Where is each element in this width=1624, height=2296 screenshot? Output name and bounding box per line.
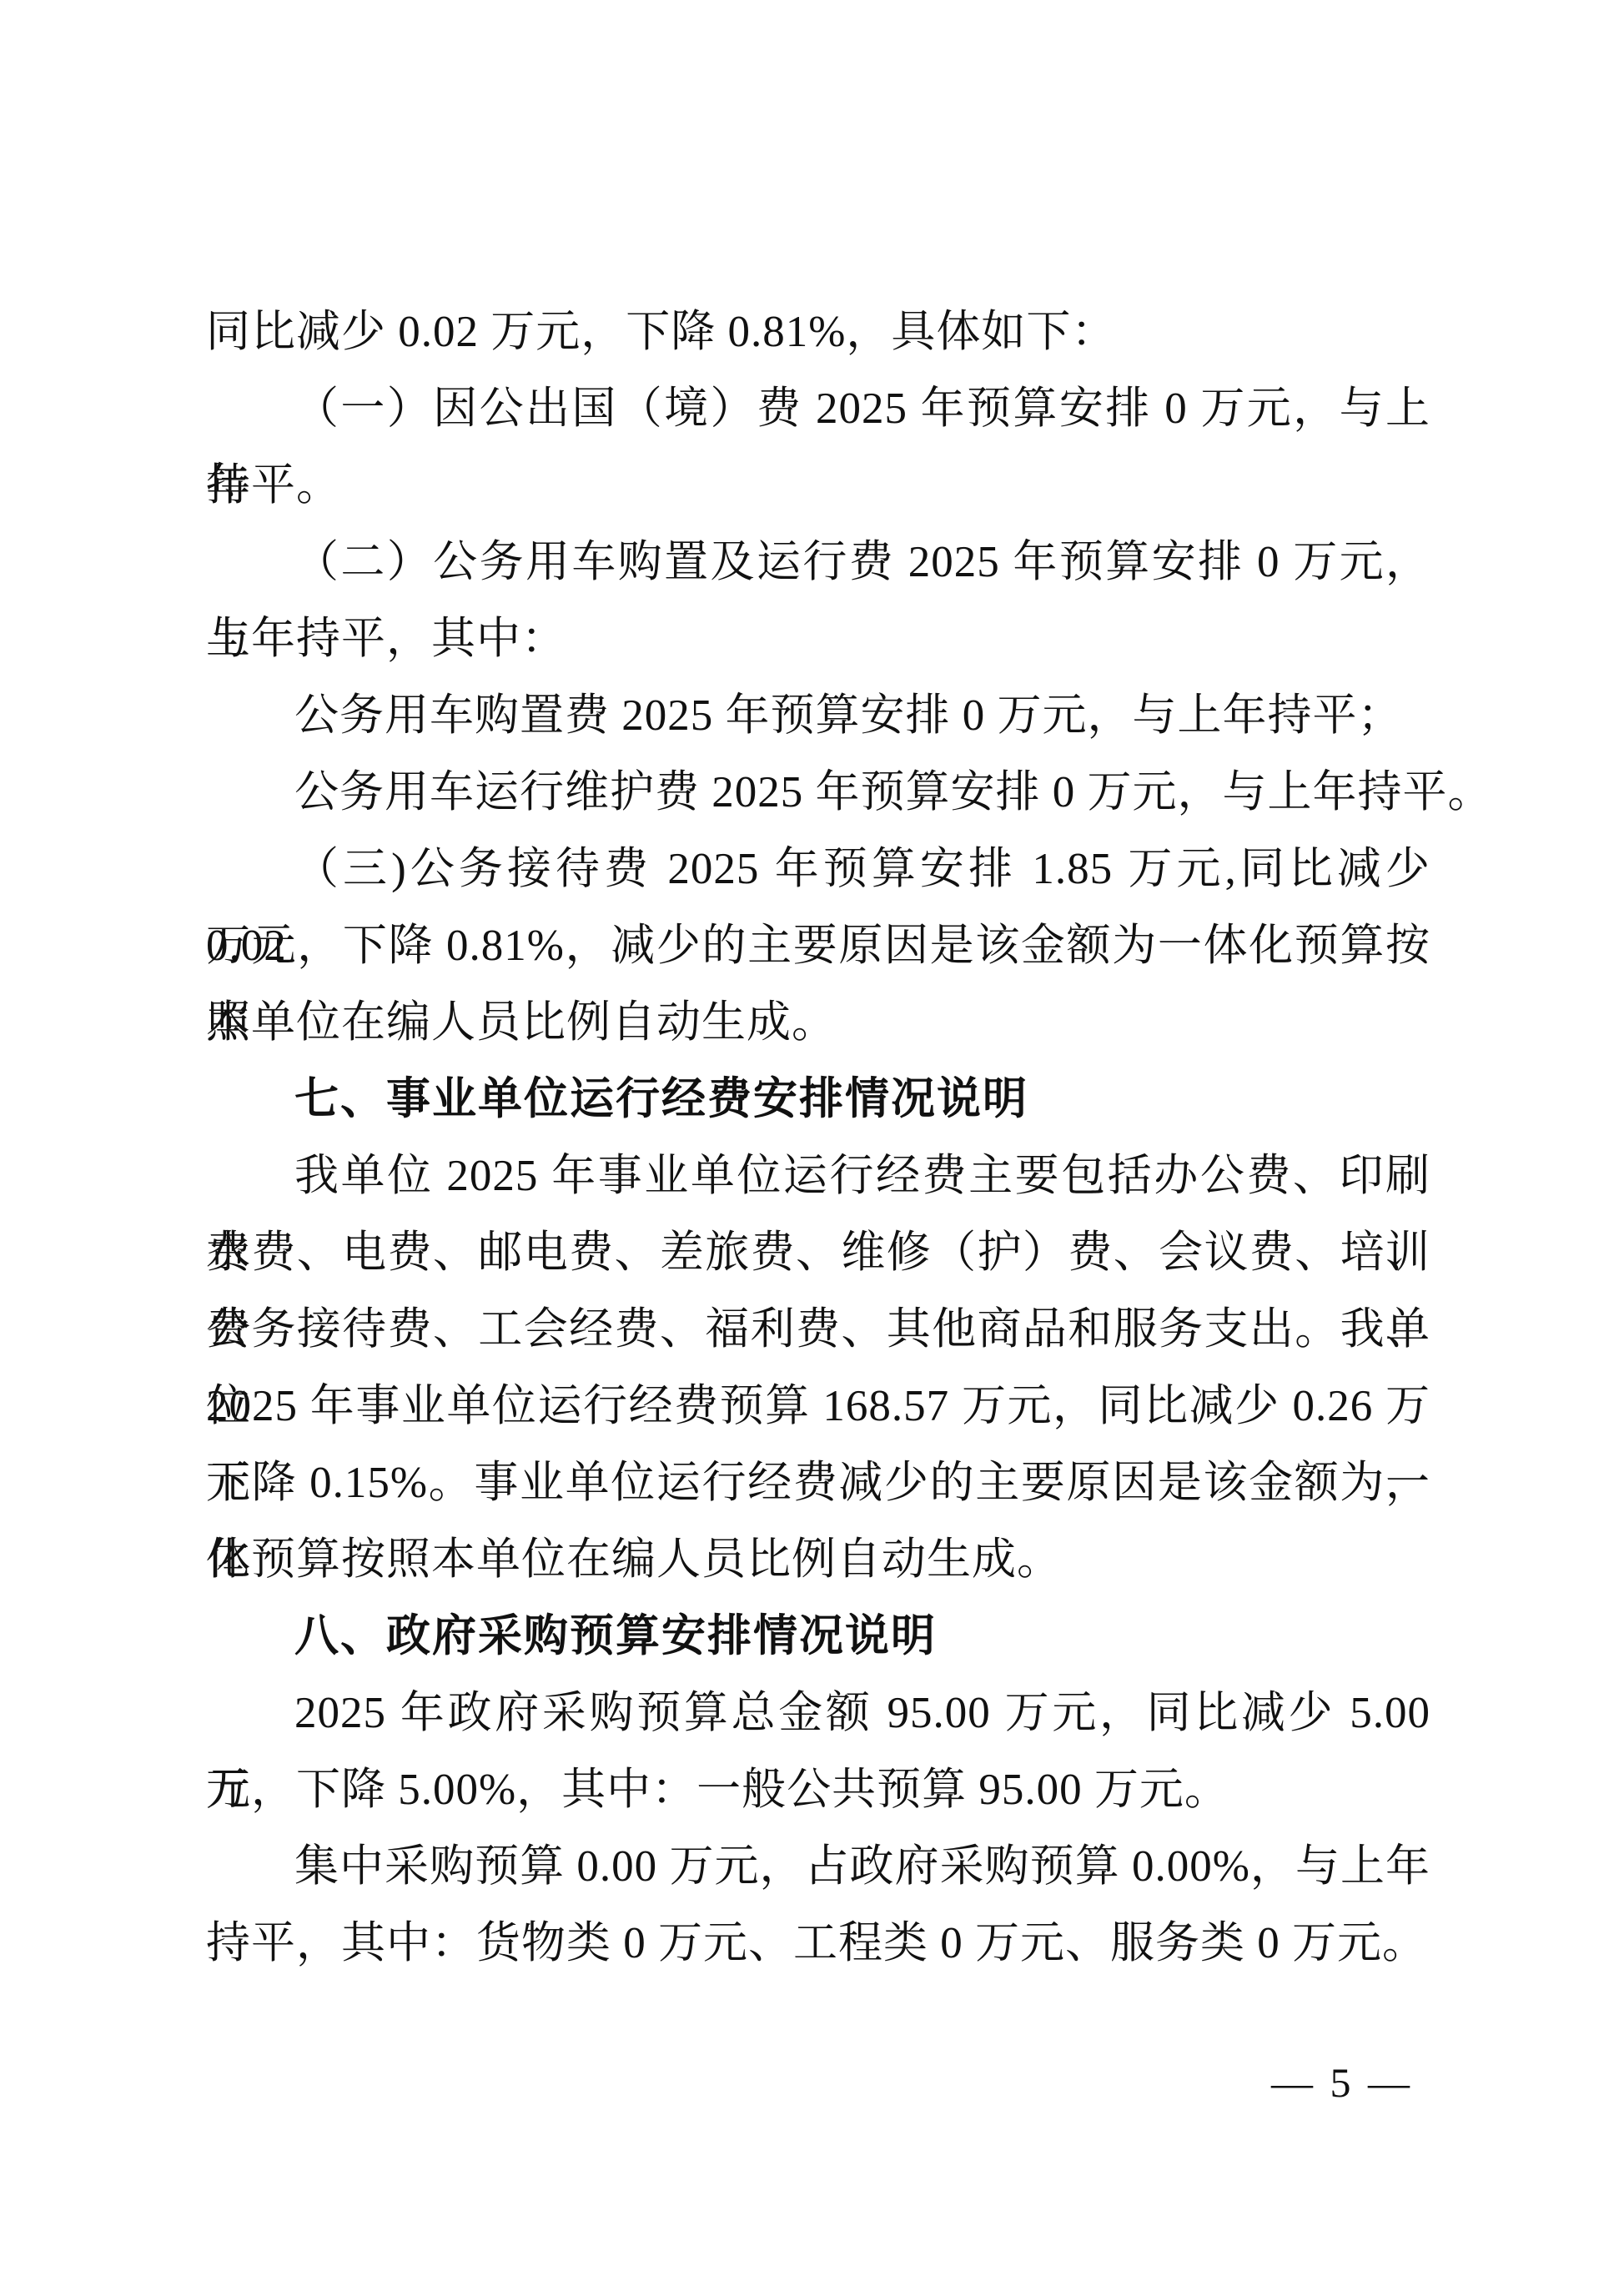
- text-line: （三)公务接待费 2025 年预算安排 1.85 万元,同比减少 0.02: [206, 831, 1430, 907]
- text-line: 持平。: [206, 447, 1430, 524]
- text-line: 集中采购预算 0.00 万元，占政府采购预算 0.00%，与上年: [206, 1828, 1430, 1905]
- text-line: 公务用车运行维护费 2025 年预算安排 0 万元，与上年持平。: [206, 754, 1430, 831]
- text-line: 同比减少 0.02 万元，下降 0.81%，具体如下：: [206, 294, 1430, 370]
- section-heading: 八、政府采购预算安排情况说明: [206, 1598, 1430, 1675]
- text-line: 化预算按照本单位在编人员比例自动生成。: [206, 1521, 1430, 1598]
- text-line: 我单位 2025 年事业单位运行经费主要包括办公费、印刷费、: [206, 1138, 1430, 1214]
- document-page: 同比减少 0.02 万元，下降 0.81%，具体如下： （一）因公出国（境）费 …: [0, 0, 1624, 2296]
- text-line: 元，下降 5.00%，其中：一般公共预算 95.00 万元。: [206, 1751, 1430, 1828]
- text-line: 2025 年事业单位运行经费预算 168.57 万元，同比减少 0.26 万元，: [206, 1368, 1430, 1444]
- text-line: 本单位在编人员比例自动生成。: [206, 984, 1430, 1061]
- page-number: — 5 —: [1271, 2053, 1413, 2112]
- text-line: （二）公务用车购置及运行费 2025 年预算安排 0 万元，与: [206, 524, 1430, 600]
- text-line: 公务接待费、工会经费、福利费、其他商品和服务支出。我单位: [206, 1291, 1430, 1368]
- text-line: 万元，下降 0.81%，减少的主要原因是该金额为一体化预算按照: [206, 907, 1430, 984]
- text-line: 2025 年政府采购预算总金额 95.00 万元，同比减少 5.00 万: [206, 1675, 1430, 1751]
- text-line: 公务用车购置费 2025 年预算安排 0 万元，与上年持平；: [206, 677, 1430, 754]
- text-line: 水费、电费、邮电费、差旅费、维修（护）费、会议费、培训费、: [206, 1214, 1430, 1291]
- text-line: 上年持平，其中：: [206, 600, 1430, 677]
- text-line: 持平，其中：货物类 0 万元、工程类 0 万元、服务类 0 万元。: [206, 1905, 1430, 1982]
- text-line: 下降 0.15%。事业单位运行经费减少的主要原因是该金额为一体: [206, 1444, 1430, 1521]
- text-line: （一）因公出国（境）费 2025 年预算安排 0 万元，与上年: [206, 370, 1430, 447]
- document-text-block: 同比减少 0.02 万元，下降 0.81%，具体如下： （一）因公出国（境）费 …: [206, 294, 1430, 1982]
- section-heading: 七、事业单位运行经费安排情况说明: [206, 1061, 1430, 1138]
